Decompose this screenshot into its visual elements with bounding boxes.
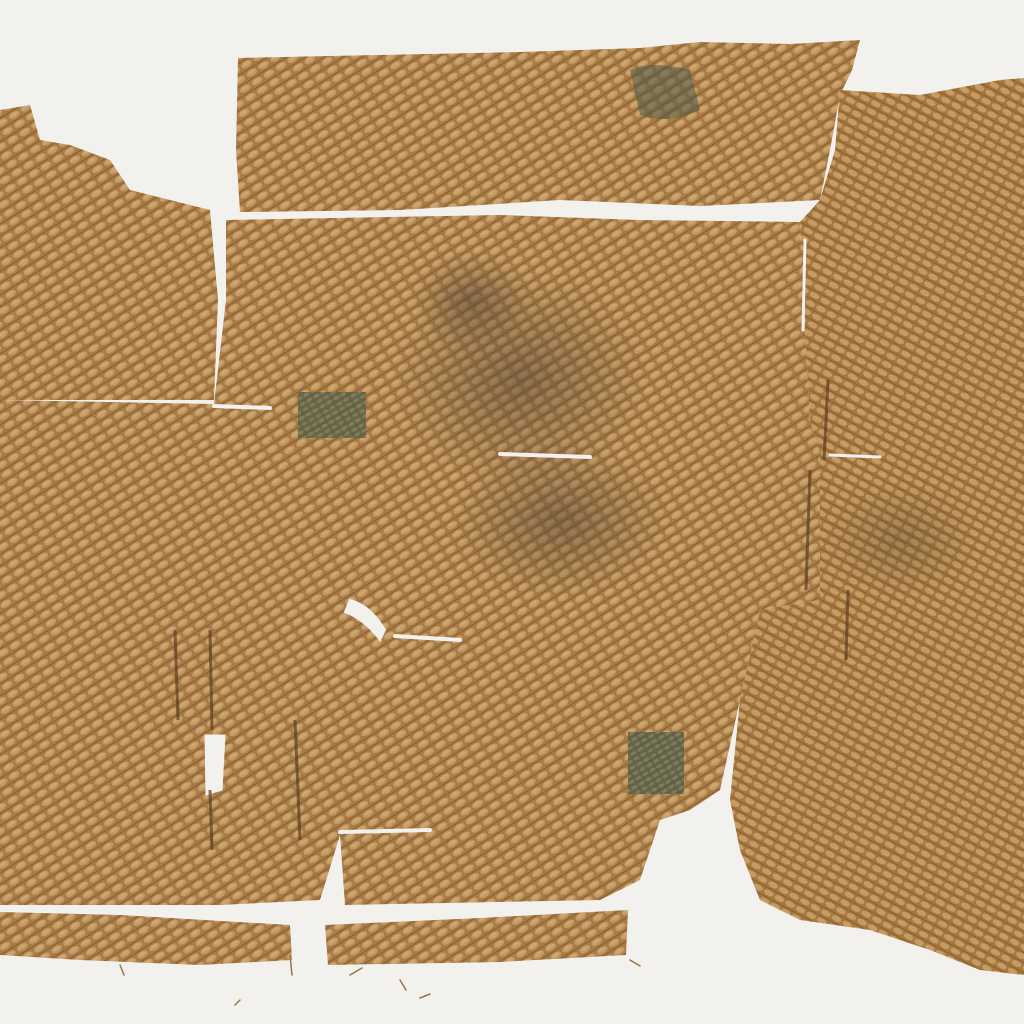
textile-photograph: [0, 0, 1024, 1024]
patch-lower: [628, 732, 684, 794]
patch-upper: [298, 392, 366, 438]
patch-top: [630, 65, 700, 119]
fragment-top-strip: [236, 40, 860, 212]
